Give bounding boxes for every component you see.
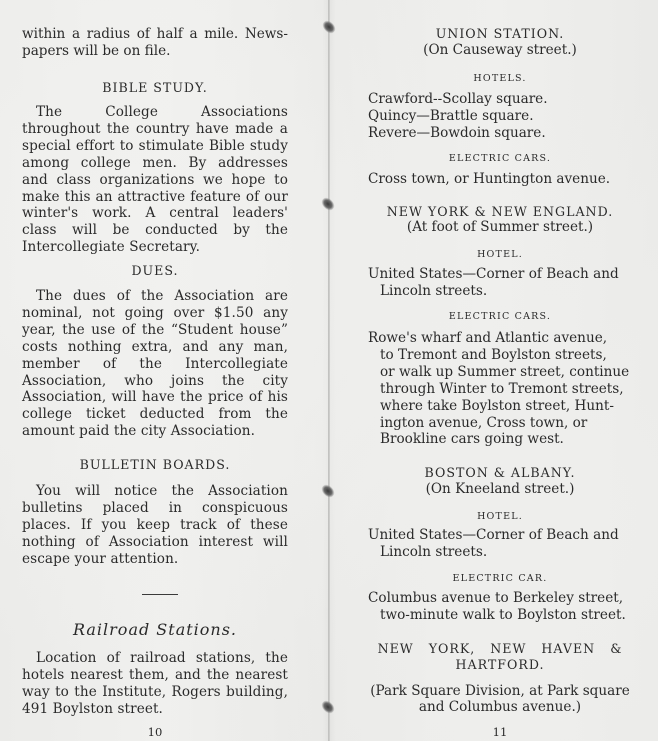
route-line: or walk up Summer street, continue: [368, 364, 632, 381]
station-location-boston-albany: (On Kneeland street.): [368, 481, 632, 497]
hotel-line: Lincoln streets.: [368, 544, 632, 561]
station-location-nynh-hartford: (Park Square Division, at Park square: [368, 683, 632, 699]
route-line: Columbus avenue to Berkeley street,: [368, 590, 632, 607]
station-heading-ny-ne: NEW YORK & NEW ENGLAND.: [368, 204, 632, 219]
section-divider: [142, 594, 178, 595]
electric-cars-route: Cross town, or Huntington avenue.: [368, 171, 632, 188]
hotel-label: HOTEL.: [368, 249, 632, 260]
hotel-item: Quincy—Brattle square.: [368, 108, 632, 125]
dues-body: The dues of the Association are nominal,…: [22, 288, 288, 440]
route-line: through Winter to Tremont streets,: [368, 381, 632, 398]
electric-car-label: ELECTRIC CAR.: [368, 573, 632, 584]
left-page: within a radius of half a mile. News- pa…: [22, 0, 288, 741]
station-heading-nynh-hartford: NEW YORK, NEW HAVEN &: [368, 641, 632, 656]
station-heading-boston-albany: BOSTON & ALBANY.: [368, 465, 632, 480]
hotel-line: Lincoln streets.: [368, 283, 632, 300]
staple-icon: [321, 19, 338, 36]
page-number: 11: [368, 725, 632, 739]
book-spread: within a radius of half a mile. News- pa…: [0, 0, 658, 741]
section-heading-bible-study: BIBLE STUDY.: [22, 80, 288, 95]
electric-cars-label: ELECTRIC CARS.: [368, 311, 632, 322]
page-number: 10: [22, 725, 288, 739]
route-line: to Tremont and Boylston streets,: [368, 347, 632, 364]
railroad-stations-body: Location of railroad stations, the hotel…: [22, 650, 288, 718]
book-gutter: [328, 0, 330, 741]
station-location-union: (On Causeway street.): [368, 42, 632, 58]
route-line: Brookline cars going west.: [368, 431, 632, 448]
station-heading-union: UNION STATION.: [368, 26, 632, 41]
hotel-item: Revere—Bowdoin square.: [368, 125, 632, 142]
hotel-item: Crawford--Scollay square.: [368, 91, 632, 108]
route-line: Rowe's wharf and Atlantic avenue,: [368, 330, 632, 347]
staple-icon: [320, 196, 337, 213]
bulletin-boards-body: You will notice the Association bulletin…: [22, 483, 288, 568]
right-page: UNION STATION. (On Causeway street.) HOT…: [368, 0, 632, 741]
route-line: two-minute walk to Boylston street.: [368, 607, 632, 624]
station-location-nynh-hartford-cont: and Columbus avenue.): [368, 699, 632, 715]
intro-line: within a radius of half a mile. News-: [22, 26, 288, 43]
route-line: ington avenue, Cross town, or: [368, 415, 632, 432]
hotel-list: Crawford--Scollay square. Quincy—Brattle…: [368, 91, 632, 142]
intro-text: within a radius of half a mile. News- pa…: [22, 26, 288, 60]
hotel-line: United States—Corner of Beach and: [368, 266, 632, 283]
staple-icon: [320, 699, 337, 716]
intro-line: papers will be on file.: [22, 43, 288, 60]
section-heading-dues: DUES.: [22, 263, 288, 278]
electric-cars-label: ELECTRIC CARS.: [368, 153, 632, 164]
bible-study-body: The College Associations throughout the …: [22, 104, 288, 256]
hotel-label: HOTEL.: [368, 511, 632, 522]
station-location-ny-ne: (At foot of Summer street.): [368, 219, 632, 235]
staple-icon: [320, 483, 337, 500]
hotel-line: United States—Corner of Beach and: [368, 527, 632, 544]
route-line: where take Boylston street, Hunt-: [368, 398, 632, 415]
station-heading-nynh-hartford-cont: HARTFORD.: [368, 657, 632, 672]
hotels-label: HOTELS.: [368, 73, 632, 84]
section-heading-bulletin-boards: BULLETIN BOARDS.: [22, 457, 288, 472]
section-heading-railroad-stations: Railroad Stations.: [22, 620, 288, 639]
